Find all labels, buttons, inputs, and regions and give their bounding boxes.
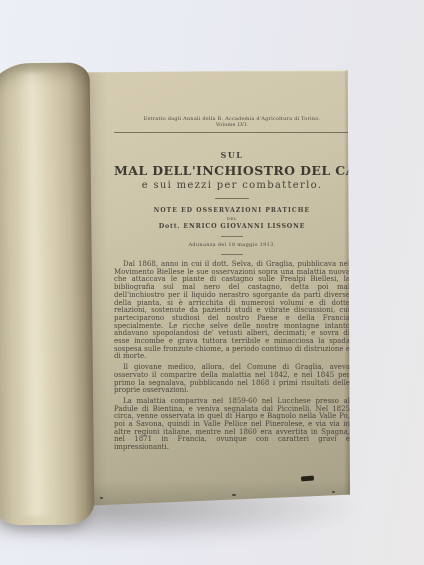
author-name: Dott. ENRICO GIOVANNI LISSONE — [114, 223, 350, 230]
rule-under-imprint — [114, 132, 350, 133]
cover-curl-highlight — [13, 72, 54, 516]
imprint-line-2: Volume LVI. — [114, 122, 350, 128]
photo-of-pamphlet: Estratto dagli Annali della R. Accademia… — [0, 0, 424, 565]
ink-mark — [301, 476, 314, 481]
paragraph-2: Il giovane medico, allora, del Comune di… — [114, 364, 350, 395]
title-subline: e sui mezzi per combatterlo. — [114, 180, 350, 191]
paragraph-3: La malattia compariva nel 1859-60 nel Lu… — [114, 398, 350, 452]
book-page: Estratto dagli Annali della R. Accademia… — [56, 70, 350, 506]
paper-speck — [232, 494, 236, 496]
book-cover-curl — [0, 62, 94, 525]
body-text: Dal 1868, anno in cui il dott. Selva, di… — [114, 261, 350, 452]
page-top-edge-highlight — [56, 70, 350, 72]
session-date: Adunanza del 18 maggio 1913. — [114, 242, 350, 248]
paper-speck — [100, 497, 103, 499]
printed-content: Estratto dagli Annali della R. Accademia… — [114, 116, 350, 455]
paragraph-1: Dal 1868, anno in cui il dott. Selva, di… — [114, 261, 350, 361]
rule-under-session — [221, 254, 243, 255]
paper-speck — [332, 491, 335, 493]
del-word: DEL — [114, 216, 350, 221]
rule-under-author — [221, 236, 243, 237]
note-heading: NOTE ED OSSERVAZIONI PRATICHE — [114, 207, 350, 214]
rule-under-title — [215, 198, 249, 199]
title-small-line: SUL — [114, 150, 350, 160]
page-title: MAL DELL'INCHIOSTRO DEL CASTAGNO — [114, 163, 350, 178]
